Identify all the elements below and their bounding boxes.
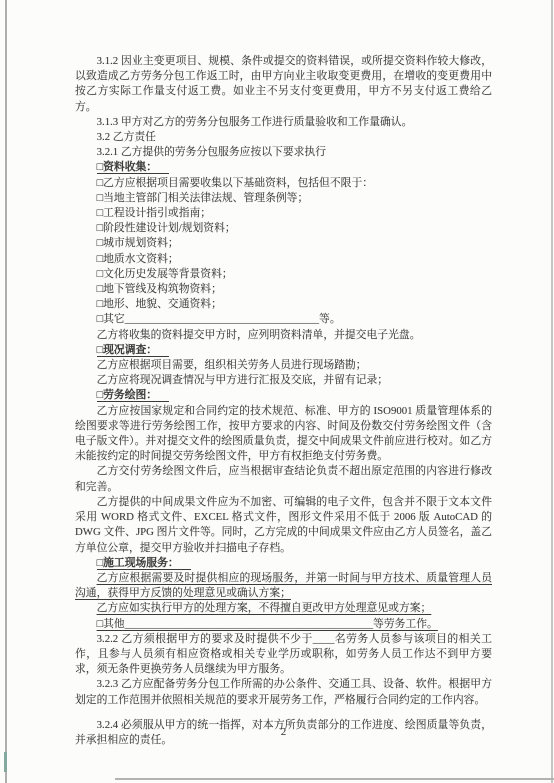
section-heading-text: □资料收集： xyxy=(97,161,170,174)
page-number: 2 xyxy=(75,726,492,738)
scanned-contract-page: 3.1.2 因业主变更项目、规模、条件或提交的资料错误，或所提交资料作较大修改，… xyxy=(0,0,554,783)
checkbox-item: □城市规划资料； xyxy=(75,236,492,251)
para-drawing-revision: 乙方交付劳务绘图文件后，应当根据审查结论负责不超出原定范围的内容进行修改和完善。 xyxy=(75,464,492,494)
scan-edge-bottom-line xyxy=(115,778,554,780)
clause-3-2-1: 3.2.1 乙方提供的劳务分包服务应按以下要求执行 xyxy=(75,145,492,160)
heading-labor-drawing: □劳务绘图： xyxy=(75,388,492,403)
clause-3-1-3: 3.1.3 甲方对乙方的劳务分包服务工作进行质量验收和工作量确认。 xyxy=(75,115,492,130)
checkbox-item: □地形、地貌、交通资料； xyxy=(75,297,492,312)
scan-edge-left-line xyxy=(5,0,7,783)
checkbox-item: □文化历史发展等背景资料； xyxy=(75,267,492,282)
heading-site-survey: □现况调查： xyxy=(75,343,492,358)
scan-edge-left-tint xyxy=(4,752,7,772)
checkbox-item: □当地主管部门相关法律法规、管理条例等； xyxy=(75,191,492,206)
clause-3-2-3: 3.2.3 乙方应配备劳务分包工作所需的办公条件、交通工具、设备、软件。根据甲方… xyxy=(75,677,492,707)
section-heading-text: □劳务绘图： xyxy=(97,389,170,402)
para-intermediate-files: 乙方提供的中间成果文件应为不加密、可编辑的电子文件，包含并不限于文本文件采用 W… xyxy=(75,495,492,556)
checkbox-item-other: □其它____________________________________等… xyxy=(75,312,492,327)
checkbox-item: □地下管线及构筑物资料； xyxy=(75,282,492,297)
scan-edge-right-line xyxy=(551,0,553,783)
document-body: 3.1.2 因业主变更项目、规模、条件或提交的资料错误，或所提交资料作较大修改，… xyxy=(75,54,492,748)
checkbox-item: □工程设计指引或指南； xyxy=(75,206,492,221)
para-data-submission: 乙方将收集的资料提交甲方时，应列明资料清单，并提交电子光盘。 xyxy=(75,328,492,343)
para-site-survey-1: 乙方应根据项目需要，组织相关劳务人员进行现场踏勘； xyxy=(75,358,492,373)
checkbox-item: □地质水文资料； xyxy=(75,252,492,267)
checkbox-item: □乙方应根据项目需要收集以下基础资料，包括但不限于： xyxy=(75,176,492,191)
section-heading-text: □施工现场服务： xyxy=(97,557,191,570)
para-drawing-standards: 乙方应按国家规定和合同约定的技术规范、标准、甲方的 ISO9001 质量管理体系… xyxy=(75,404,492,465)
para-site-service-2: 乙方应如实执行甲方的处理方案，不得擅自更改甲方处理意见或方案； xyxy=(75,601,492,616)
heading-data-collection: □资料收集： xyxy=(75,160,492,175)
clause-3-2: 3.2 乙方责任 xyxy=(75,130,492,145)
para-site-service-1: 乙方应根据需要及时提供相应的现场服务，并第一时间与甲方技术、质量管理人员沟通，获… xyxy=(75,571,492,601)
checkbox-item: □阶段性建设计划/规划资料； xyxy=(75,221,492,236)
para-site-survey-2: 乙方应将现况调查情况与甲方进行汇报及交底，并留有记录； xyxy=(75,373,492,388)
heading-site-service: □施工现场服务： xyxy=(75,556,492,571)
section-heading-text: □现况调查： xyxy=(97,344,170,357)
clause-3-2-2: 3.2.2 乙方须根据甲方的要求及时提供不少于____名劳务人员参与该项目的相关… xyxy=(75,632,492,678)
clause-3-1-2: 3.1.2 因业主变更项目、规模、条件或提交的资料错误，或所提交资料作较大修改，… xyxy=(75,54,492,115)
checkbox-item-other-labor: □其他_____________________________________… xyxy=(75,617,492,632)
